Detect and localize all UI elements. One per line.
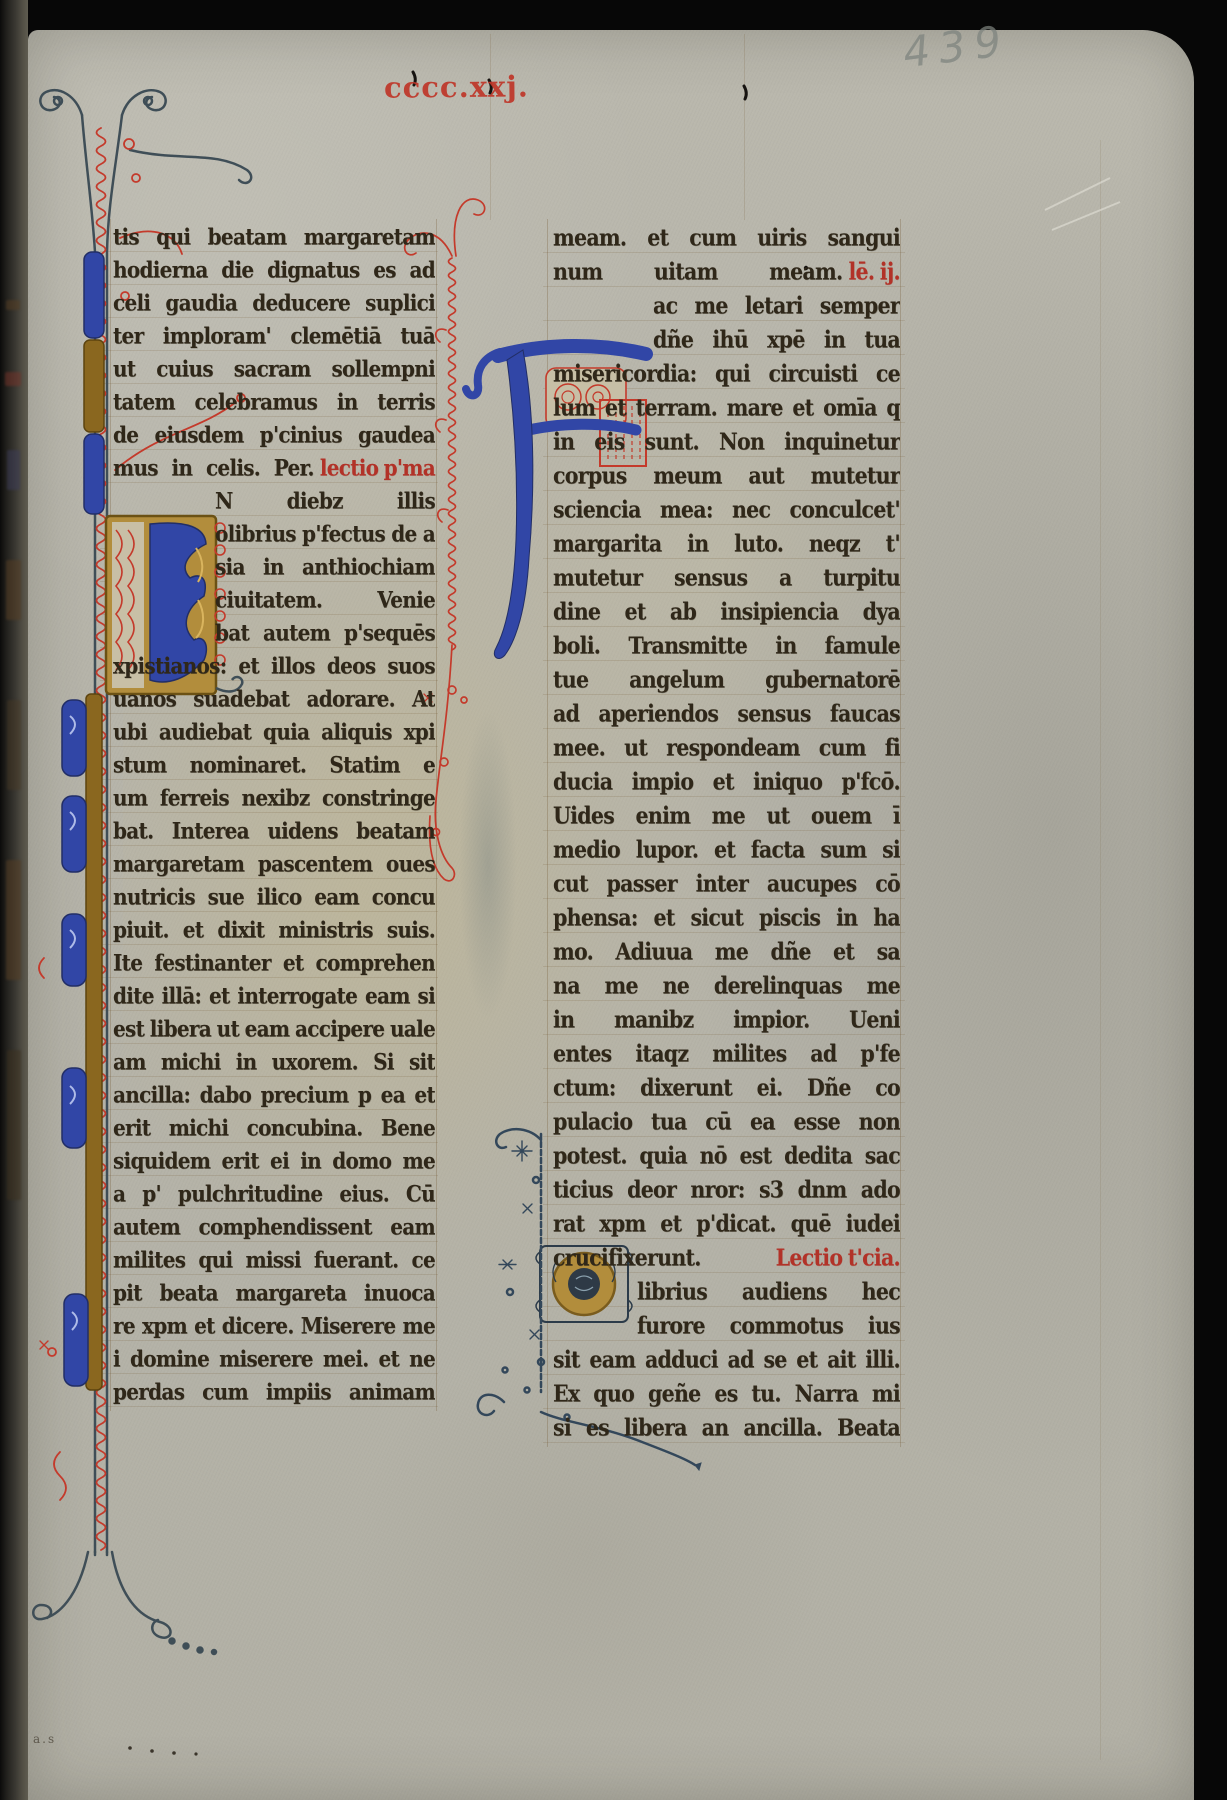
line-ink: pit beata margareta inuoca [113, 1275, 435, 1312]
text-line: ciuitatem. Venie [113, 582, 435, 619]
line-ink: ad aperiendos sensus faucas [553, 695, 900, 733]
text-line: margarita in luto. neqz t' [553, 525, 900, 563]
text-line: tatem celebramus in terris [113, 384, 435, 421]
ghost-text-fragment [7, 1050, 21, 1200]
text-line: perdas cum impiis animam [113, 1374, 435, 1411]
line-ink: piuit. et dixit ministris suis. [113, 912, 435, 949]
line-ink: misericordia: qui circuisti ce [553, 355, 900, 393]
line-ink: na me ne derelinquas me [553, 967, 900, 1005]
line-ink: um ferreis nexibz constringe [113, 780, 435, 817]
text-line: bat. Interea uidens beatam [113, 813, 435, 850]
text-line: Uides enim me ut ouem ī [553, 797, 900, 835]
text-line: margaretam pascentem oues [113, 846, 435, 883]
line-ink: potest. quia nō est dedita sac [553, 1137, 900, 1175]
ghost-text-fragment [5, 372, 21, 386]
text-line: erit michi concubina. Bene [113, 1110, 435, 1147]
line-ink: hodierna die dignatus es ad [113, 252, 435, 289]
text-line: nutricis sue ilico eam concu [113, 879, 435, 916]
line-ink: i domine miserere mei. et ne [113, 1341, 435, 1378]
line-ink: mus in celis. Per. [113, 450, 314, 487]
red-foliation-number: cccc.xxj. [384, 69, 529, 104]
text-line: sit eam adduci ad se et ait illi. [553, 1341, 900, 1379]
text-line: sia in anthiochiam [113, 549, 435, 586]
line-ink: uanos suadebat adorare. At [113, 681, 435, 718]
text-line: ter imploram' clemētiā tuā [113, 318, 435, 355]
text-line: ut cuius sacram sollempni [113, 351, 435, 388]
line-ink: stum nominaret. Statim e [113, 747, 435, 784]
line-ink: ut cuius sacram sollempni [113, 351, 435, 388]
line-ink: medio lupor. et facta sum si [553, 831, 900, 869]
line-ink: ac me letari semper [653, 287, 900, 325]
line-ink: sciencia mea: nec conculcet' [553, 491, 900, 529]
text-line: dine et ab insipiencia dya [553, 593, 900, 631]
vertical-rule [436, 219, 437, 1411]
line-ink: xpistianos: et illos deos suos [113, 648, 435, 685]
text-line: entes itaqz milites ad p'fe [553, 1035, 900, 1073]
line-ink: si es libera an ancilla. Beata [553, 1409, 900, 1447]
vertical-rule [110, 219, 111, 1411]
line-ink: crucifixerunt. [553, 1239, 770, 1277]
text-line: lum et terram. mare et omīa q [553, 389, 900, 427]
text-line: ad aperiendos sensus faucas [553, 695, 900, 733]
text-line: hodierna die dignatus es ad [113, 252, 435, 289]
ghost-text-fragment [7, 450, 20, 490]
line-ink: num uitam meam. [553, 253, 842, 291]
text-line: meam. et cum uiris sangui [553, 219, 900, 257]
text-line: stum nominaret. Statim e [113, 747, 435, 784]
text-line: N diebz illis transibat [113, 483, 435, 520]
text-line: am michi in uxorem. Si sit [113, 1044, 435, 1081]
vertical-rule [744, 34, 745, 220]
text-line: xpistianos: et illos deos suos [113, 648, 435, 685]
line-ink: rat xpm et p'dicat. quē iudei [553, 1205, 900, 1243]
text-line: in manibz impior. Ueni [553, 1001, 900, 1039]
line-ink: dine et ab insipiencia dya [553, 593, 900, 631]
line-ink: corpus meum aut mutetur [553, 457, 900, 495]
line-ink: perdas cum impiis animam [113, 1374, 435, 1411]
text-line: a p' pulchritudine eius. Cū [113, 1176, 435, 1213]
text-line: potest. quia nō est dedita sac [553, 1137, 900, 1175]
line-ink: meam. et cum uiris sangui [553, 219, 900, 257]
quire-signature: a.s [33, 1732, 56, 1746]
line-ink: librius audiens hec [637, 1273, 900, 1311]
line-ink: re xpm et dicere. Miserere me [113, 1308, 435, 1345]
text-line: tue angelum gubernatorē [553, 661, 900, 699]
line-ink: tis qui beatam margaretam [113, 219, 435, 256]
text-line: ancilla: dabo precium p ea et [113, 1077, 435, 1114]
text-line: mutetur sensus a turpitu [553, 559, 900, 597]
text-line: ctum: dixerunt ei. Dñe co [553, 1069, 900, 1107]
text-line: milites qui missi fuerant. ce [113, 1242, 435, 1279]
text-line: pulacio tua cū ea esse non [553, 1103, 900, 1141]
page-fold-line [1100, 140, 1101, 1760]
text-line: piuit. et dixit ministris suis. [113, 912, 435, 949]
ghost-text-fragment [6, 860, 21, 980]
text-line: siquidem erit ei in domo me [113, 1143, 435, 1180]
line-ink: in eis sunt. Non inquinetur [553, 423, 900, 461]
text-line: ubi audiebat quia aliquis xpi [113, 714, 435, 751]
line-ink: am michi in uxorem. Si sit [113, 1044, 435, 1081]
text-line: mo. Adiuua me dñe et sa [553, 933, 900, 971]
line-ink: boli. Transmitte in famule [553, 627, 900, 665]
text-line: autem comphendissent eam [113, 1209, 435, 1246]
ghost-text-fragment [7, 700, 21, 790]
ghost-text-fragment [6, 560, 21, 620]
text-line: mee. ut respondeam cum fi [553, 729, 900, 767]
line-ink: dñe ihū xpē in tua [653, 321, 900, 359]
line-ink: ubi audiebat quia aliquis xpi [113, 714, 435, 751]
line-ink: dite illā: et interrogate eam si [113, 978, 435, 1015]
line-ink: autem comphendissent eam [113, 1209, 435, 1246]
vertical-rule [547, 219, 548, 1447]
text-line: si es libera an ancilla. Beata [553, 1409, 900, 1447]
line-ink: ducia impio et iniquo p'fcō. [553, 763, 900, 801]
text-line: sciencia mea: nec conculcet' [553, 491, 900, 529]
line-ink: lum et terram. mare et omīa q [553, 389, 900, 427]
text-line: ac me letari semper [553, 287, 900, 325]
text-line: furore commotus ius [553, 1307, 900, 1345]
text-line: tis qui beatam margaretam [113, 219, 435, 256]
text-line: celi gaudia deducere suplici [113, 285, 435, 322]
line-ink: tue angelum gubernatorē [553, 661, 900, 699]
line-ink: erit michi concubina. Bene [113, 1110, 435, 1147]
line-ink: ciuitatem. Venie [215, 582, 435, 619]
text-line: phensa: et sicut piscis in ha [553, 899, 900, 937]
line-ink: phensa: et sicut piscis in ha [553, 899, 900, 937]
text-line: rat xpm et p'dicat. quē iudei [553, 1205, 900, 1243]
line-ink: mo. Adiuua me dñe et sa [553, 933, 900, 971]
text-line: boli. Transmitte in famule [553, 627, 900, 665]
vertical-rule [490, 34, 491, 220]
text-line: re xpm et dicere. Miserere me [113, 1308, 435, 1345]
line-ink: mutetur sensus a turpitu [553, 559, 900, 597]
text-line: um ferreis nexibz constringe [113, 780, 435, 817]
text-line: ticius deor nror: s3 dnm ado [553, 1171, 900, 1209]
text-line: i domine miserere mei. et ne [113, 1341, 435, 1378]
line-ink: Ite festinanter et comprehen [113, 945, 435, 982]
text-line: cut passer inter aucupes cō [553, 865, 900, 903]
line-ink: furore commotus ius [637, 1307, 900, 1345]
line-ink: cut passer inter aucupes cō [553, 865, 900, 903]
line-ink: milites qui missi fuerant. ce [113, 1242, 435, 1279]
line-ink: siquidem erit ei in domo me [113, 1143, 435, 1180]
left-text-column: tis qui beatam margaretamhodierna die di… [113, 221, 435, 1409]
text-line: Ite festinanter et comprehen [113, 945, 435, 982]
text-line: crucifixerunt.Lectio t'cia. [553, 1239, 900, 1277]
line-ink: celi gaudia deducere suplici [113, 285, 435, 322]
text-line: uanos suadebat adorare. At [113, 681, 435, 718]
line-ink: de eiusdem p'cinius gaudea [113, 417, 435, 454]
intercolumn-stain [448, 650, 528, 1080]
line-ink: ter imploram' clemētiā tuā [113, 318, 435, 355]
text-line: corpus meum aut mutetur [553, 457, 900, 495]
ghost-text-fragment [6, 300, 20, 310]
text-line: medio lupor. et facta sum si [553, 831, 900, 869]
text-line: Ex quo geñe es tu. Narra mi [553, 1375, 900, 1413]
text-line: olibrius p'fectus de a [113, 516, 435, 553]
rubric-text: lē. ij. [842, 253, 900, 291]
line-ink: nutricis sue ilico eam concu [113, 879, 435, 916]
line-ink: Uides enim me ut ouem ī [553, 797, 900, 835]
rubric-text: lectio p'ma [314, 450, 435, 487]
line-ink: pulacio tua cū ea esse non [553, 1103, 900, 1141]
text-line: na me ne derelinquas me [553, 967, 900, 1005]
text-line: ducia impio et iniquo p'fcō. [553, 763, 900, 801]
right-text-column: meam. et cum uiris sanguinum uitam meam.… [553, 221, 900, 1445]
line-ink: in manibz impior. Ueni [553, 1001, 900, 1039]
text-line: pit beata margareta inuoca [113, 1275, 435, 1312]
text-line: librius audiens hec [553, 1273, 900, 1311]
line-ink: ancilla: dabo precium p ea et [113, 1077, 435, 1114]
text-line: num uitam meam.lē. ij. [553, 253, 900, 291]
line-ink: olibrius p'fectus de a [215, 516, 435, 553]
line-ink: margarita in luto. neqz t' [553, 525, 900, 563]
line-ink: entes itaqz milites ad p'fe [553, 1035, 900, 1073]
line-ink: sit eam adduci ad se et ait illi. [553, 1341, 900, 1379]
line-ink: ticius deor nror: s3 dnm ado [553, 1171, 900, 1209]
line-ink: est libera ut eam accipere uale [113, 1011, 435, 1048]
text-line: de eiusdem p'cinius gaudea [113, 417, 435, 454]
line-ink: Ex quo geñe es tu. Narra mi [553, 1375, 900, 1413]
line-ink: a p' pulchritudine eius. Cū [113, 1176, 435, 1213]
text-line: misericordia: qui circuisti ce [553, 355, 900, 393]
text-line: bat autem p'sequēs [113, 615, 435, 652]
line-ink: mee. ut respondeam cum fi [553, 729, 900, 767]
text-line: mus in celis. Per.lectio p'ma [113, 450, 435, 487]
line-ink: margaretam pascentem oues [113, 846, 435, 883]
line-ink: bat autem p'sequēs [215, 615, 435, 652]
text-line: est libera ut eam accipere uale [113, 1011, 435, 1048]
text-line: dñe ihū xpē in tua [553, 321, 900, 359]
rubric-text: Lectio t'cia. [770, 1239, 900, 1277]
manuscript-photo: cccc.xxj. 439 a.s [0, 0, 1227, 1800]
line-ink: bat. Interea uidens beatam [113, 813, 435, 850]
line-ink: tatem celebramus in terris [113, 384, 435, 421]
line-ink: ctum: dixerunt ei. Dñe co [553, 1069, 900, 1107]
vertical-rule [900, 219, 901, 1447]
book-fore-edge [0, 0, 28, 1800]
text-line: dite illā: et interrogate eam si [113, 978, 435, 1015]
line-ink: sia in anthiochiam [215, 549, 435, 586]
text-line: in eis sunt. Non inquinetur [553, 423, 900, 461]
